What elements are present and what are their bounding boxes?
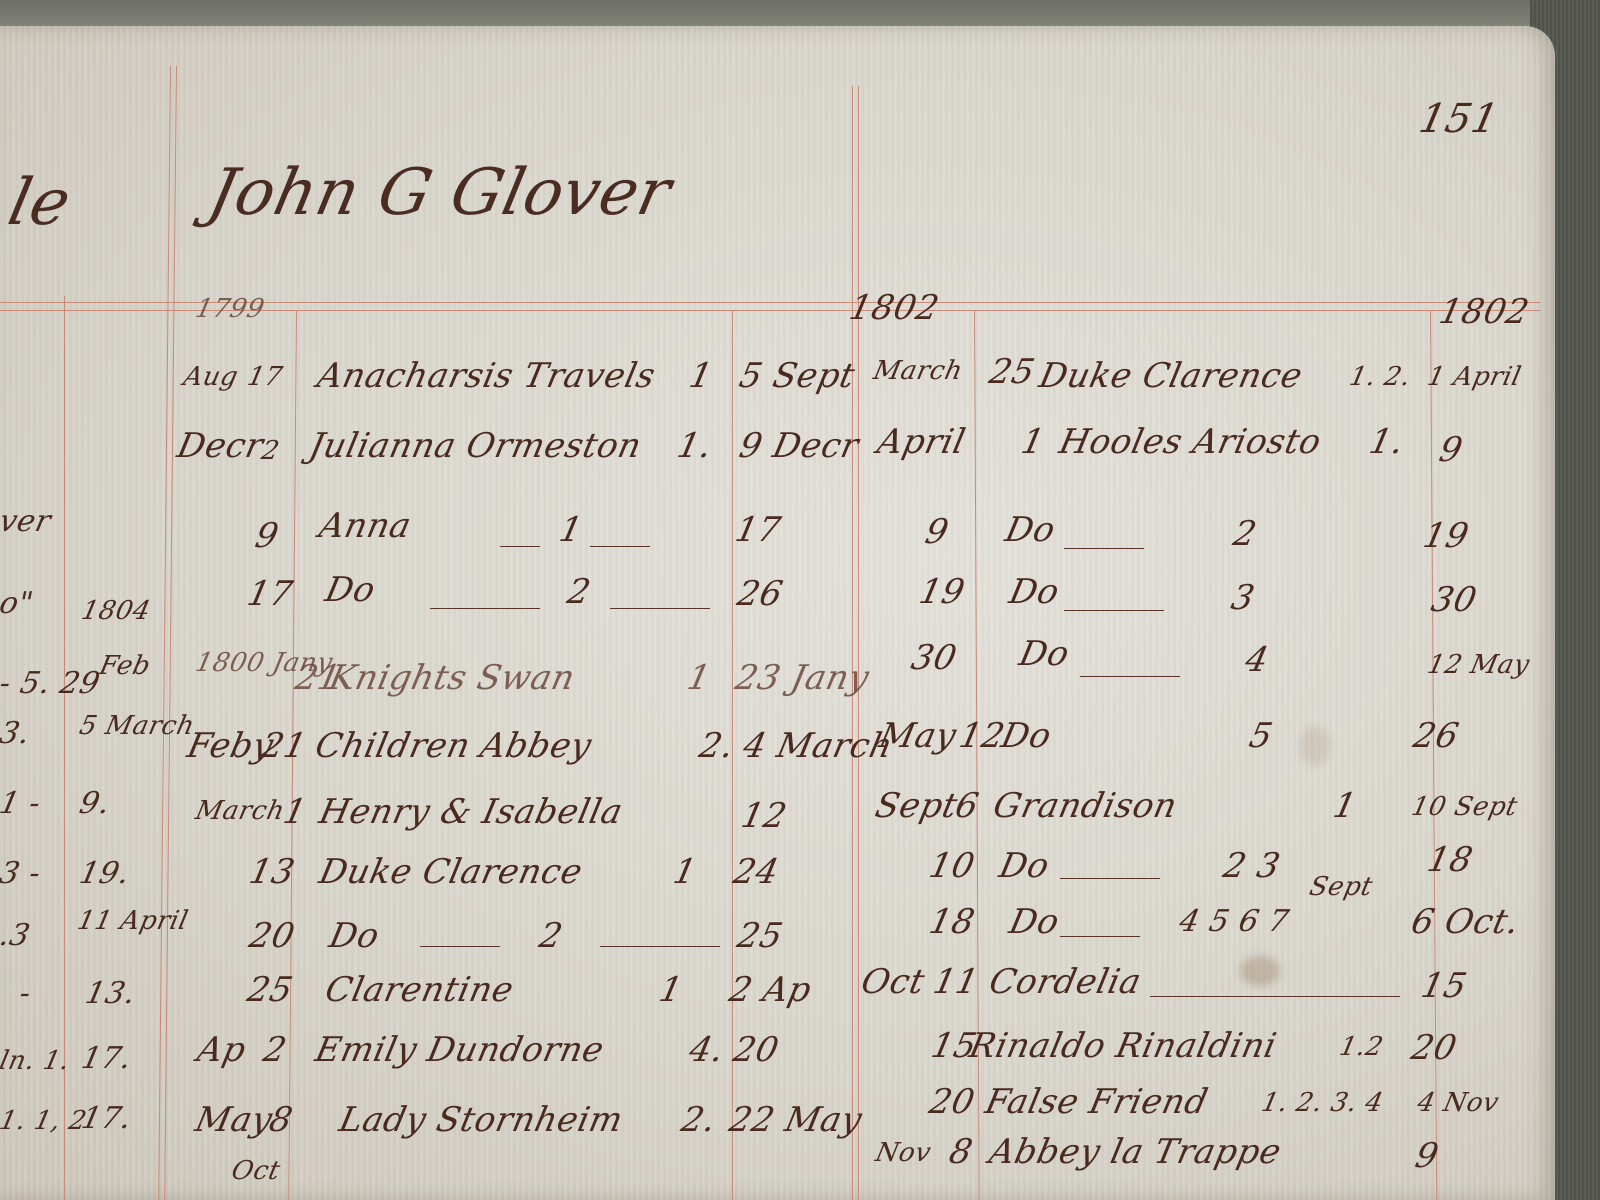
borrow-day: 25: [244, 970, 297, 1010]
fragment-text: .3: [0, 918, 33, 953]
volumes: 2 3: [1220, 846, 1284, 886]
return-date: 4 Nov: [1415, 1088, 1502, 1118]
return-date: 25: [734, 916, 787, 956]
volumes: 1: [556, 510, 587, 550]
ink-stain: [1300, 726, 1330, 766]
dash: [590, 546, 650, 547]
previous-account-fragment: le: [2, 166, 77, 240]
book-title: Abbey la Trappe: [986, 1132, 1285, 1172]
borrow-month: April: [874, 422, 969, 462]
fragment-date: 17.: [78, 1041, 135, 1076]
borrow-month: March: [193, 796, 288, 826]
fragment-date: 13.: [82, 976, 139, 1011]
dash: [1060, 878, 1160, 879]
borrow-month: Oct: [858, 962, 929, 1002]
ledger-page: 151 John G Glover le ver o" - 5. 29 3. 1…: [0, 26, 1555, 1200]
book-title: Do: [1016, 634, 1073, 674]
fragment-text: 1 -: [0, 786, 44, 821]
return-date: 18: [1424, 840, 1477, 880]
dash: [600, 946, 720, 947]
borrow-month: Sept: [872, 786, 961, 826]
fragment-date: 9.: [76, 786, 113, 821]
volumes: 1.: [1366, 422, 1408, 462]
volumes: 2: [564, 572, 595, 612]
book-title: Knights Swan: [326, 658, 579, 698]
return-date: 9: [1436, 430, 1467, 470]
borrow-day: 19: [916, 572, 969, 612]
return-date: 2 Ap: [726, 970, 815, 1010]
volumes: 1: [670, 852, 701, 892]
book-title: Do: [326, 916, 383, 956]
book-title: Hooles Ariosto: [1056, 422, 1325, 462]
fragment-text: -: [16, 976, 34, 1011]
borrow-month: March: [871, 356, 966, 386]
account-holder-name: John G Glover: [202, 156, 677, 230]
return-date: 17: [732, 510, 785, 550]
borrow-month: Ap: [194, 1030, 250, 1070]
book-title: Do: [1006, 902, 1063, 942]
borrow-day: 18: [926, 902, 979, 942]
borrow-day: 21: [258, 726, 311, 766]
book-title: Henry & Isabella: [316, 792, 627, 832]
dash: [420, 946, 500, 947]
column-rule: [858, 86, 859, 1200]
book-title: Grandison: [990, 786, 1181, 826]
book-title: Lady Stornheim: [336, 1100, 627, 1140]
borrow-day: 17: [245, 362, 285, 392]
book-title: False Friend: [982, 1082, 1212, 1122]
dash: [1150, 996, 1400, 997]
fragment-text: 1. 1, 2: [0, 1106, 89, 1136]
borrow-month: Nov: [873, 1138, 934, 1168]
borrow-day: 25: [986, 352, 1039, 392]
return-date: 9 Decr: [736, 426, 863, 466]
book-title: Anacharsis Travels: [314, 356, 659, 396]
dash: [1080, 676, 1180, 677]
borrow-day: 17: [244, 574, 297, 614]
volumes: 4 5 6 7: [1176, 904, 1292, 939]
fragment-date: 5 March: [77, 711, 198, 741]
borrow-month: Aug: [181, 362, 241, 392]
borrow-day: 2: [260, 1030, 291, 1070]
borrow-day: 30: [908, 638, 961, 678]
book-title: Cordelia: [986, 962, 1145, 1002]
borrow-day: 1: [1018, 422, 1049, 462]
book-title: Children Abbey: [312, 726, 595, 766]
return-date: 5 Sept: [736, 356, 859, 396]
return-date: 12 May: [1425, 650, 1533, 680]
book-title: Clarentine: [322, 970, 518, 1010]
borrow-day: 11: [930, 962, 983, 1002]
book-title: Rinaldo Rinaldini: [966, 1026, 1280, 1066]
return-date: 24: [730, 852, 783, 892]
volumes: 1.: [674, 426, 716, 466]
book-title: Anna: [316, 506, 415, 546]
volumes: 4: [1242, 640, 1273, 680]
margin-note: Sept: [1307, 872, 1376, 902]
book-title: Julianna Ormeston: [306, 426, 645, 466]
volumes: 1: [1330, 786, 1361, 826]
volumes: 1: [684, 658, 715, 698]
return-date: 30: [1428, 580, 1481, 620]
borrow-day: 9: [922, 512, 953, 552]
volumes: 4.: [686, 1030, 728, 1070]
year-header-right: 1802: [846, 288, 943, 328]
book-title: Duke Clarence: [1036, 356, 1306, 396]
volumes: 3: [1228, 578, 1259, 618]
volumes: 1. 2. 3. 4: [1259, 1088, 1386, 1118]
volumes: 1.2: [1337, 1032, 1386, 1062]
book-title: Do: [998, 716, 1055, 756]
return-date: 10 Sept: [1409, 792, 1521, 822]
borrow-day: 20: [926, 1082, 979, 1122]
return-date: 6 Oct.: [1408, 902, 1523, 942]
borrow-day: 20: [246, 916, 299, 956]
dash: [1064, 548, 1144, 549]
fragment-date: 17.: [78, 1101, 135, 1136]
return-date: 20: [1408, 1028, 1461, 1068]
book-title: Do: [1006, 572, 1063, 612]
dash: [1060, 936, 1140, 937]
volumes: 2: [536, 916, 567, 956]
fragment-date: 1804: [79, 596, 154, 626]
return-date: 4 March: [740, 726, 897, 766]
fragment-date: 19.: [76, 856, 133, 891]
borrow-month: Decr: [174, 426, 267, 466]
fragment-text: o": [0, 586, 37, 621]
book-title: Do: [322, 570, 379, 610]
fragment-date: 11 April: [75, 906, 191, 936]
volumes: 2: [1230, 514, 1261, 554]
borrow-day: 10: [926, 846, 979, 886]
dash: [430, 608, 540, 609]
borrow-day: 8: [946, 1132, 977, 1172]
column-rule: [164, 66, 177, 1200]
return-date: 9: [1412, 1136, 1443, 1176]
dash: [610, 608, 710, 609]
fragment-date: Feb: [97, 651, 154, 681]
dash: [1064, 610, 1164, 611]
borrow-day: 13: [246, 852, 299, 892]
dash: [500, 546, 540, 547]
return-date: 20: [730, 1030, 783, 1070]
fragment-text: ver: [0, 504, 54, 539]
book-title: Do: [996, 846, 1053, 886]
return-date: 26: [734, 574, 787, 614]
borrow-month: May: [192, 1100, 276, 1140]
book-title: Duke Clarence: [316, 852, 586, 892]
return-date: 12: [738, 796, 791, 836]
ink-stain: [1240, 956, 1280, 986]
return-date: 26: [1410, 716, 1463, 756]
return-date: 23 Jany: [732, 658, 873, 698]
volumes: 1: [656, 970, 687, 1010]
return-year-header-right: 1802: [1436, 292, 1533, 332]
volumes: 5: [1246, 716, 1277, 756]
fragment-text: - 5. 29: [0, 666, 103, 701]
borrow-day: 9: [252, 516, 283, 556]
borrow-month: Oct: [229, 1156, 283, 1186]
return-date: 22 May: [726, 1100, 866, 1140]
fragment-text: 3 -: [0, 856, 44, 891]
volumes: 1: [686, 356, 717, 396]
return-date: 15: [1418, 966, 1471, 1006]
volumes: 2.: [678, 1100, 720, 1140]
book-title: Do: [1002, 510, 1059, 550]
return-date: 1 April: [1425, 362, 1524, 392]
book-title: Emily Dundorne: [312, 1030, 608, 1070]
year-header-left: 1799: [193, 294, 268, 324]
column-rule: [852, 86, 853, 1200]
return-date: 19: [1420, 516, 1473, 556]
volumes: 1. 2.: [1347, 362, 1414, 392]
borrow-month: May: [876, 716, 960, 756]
page-number: 151: [1415, 96, 1503, 142]
fragment-text: ln. 1.: [0, 1046, 73, 1076]
fragment-text: 3.: [0, 716, 33, 751]
